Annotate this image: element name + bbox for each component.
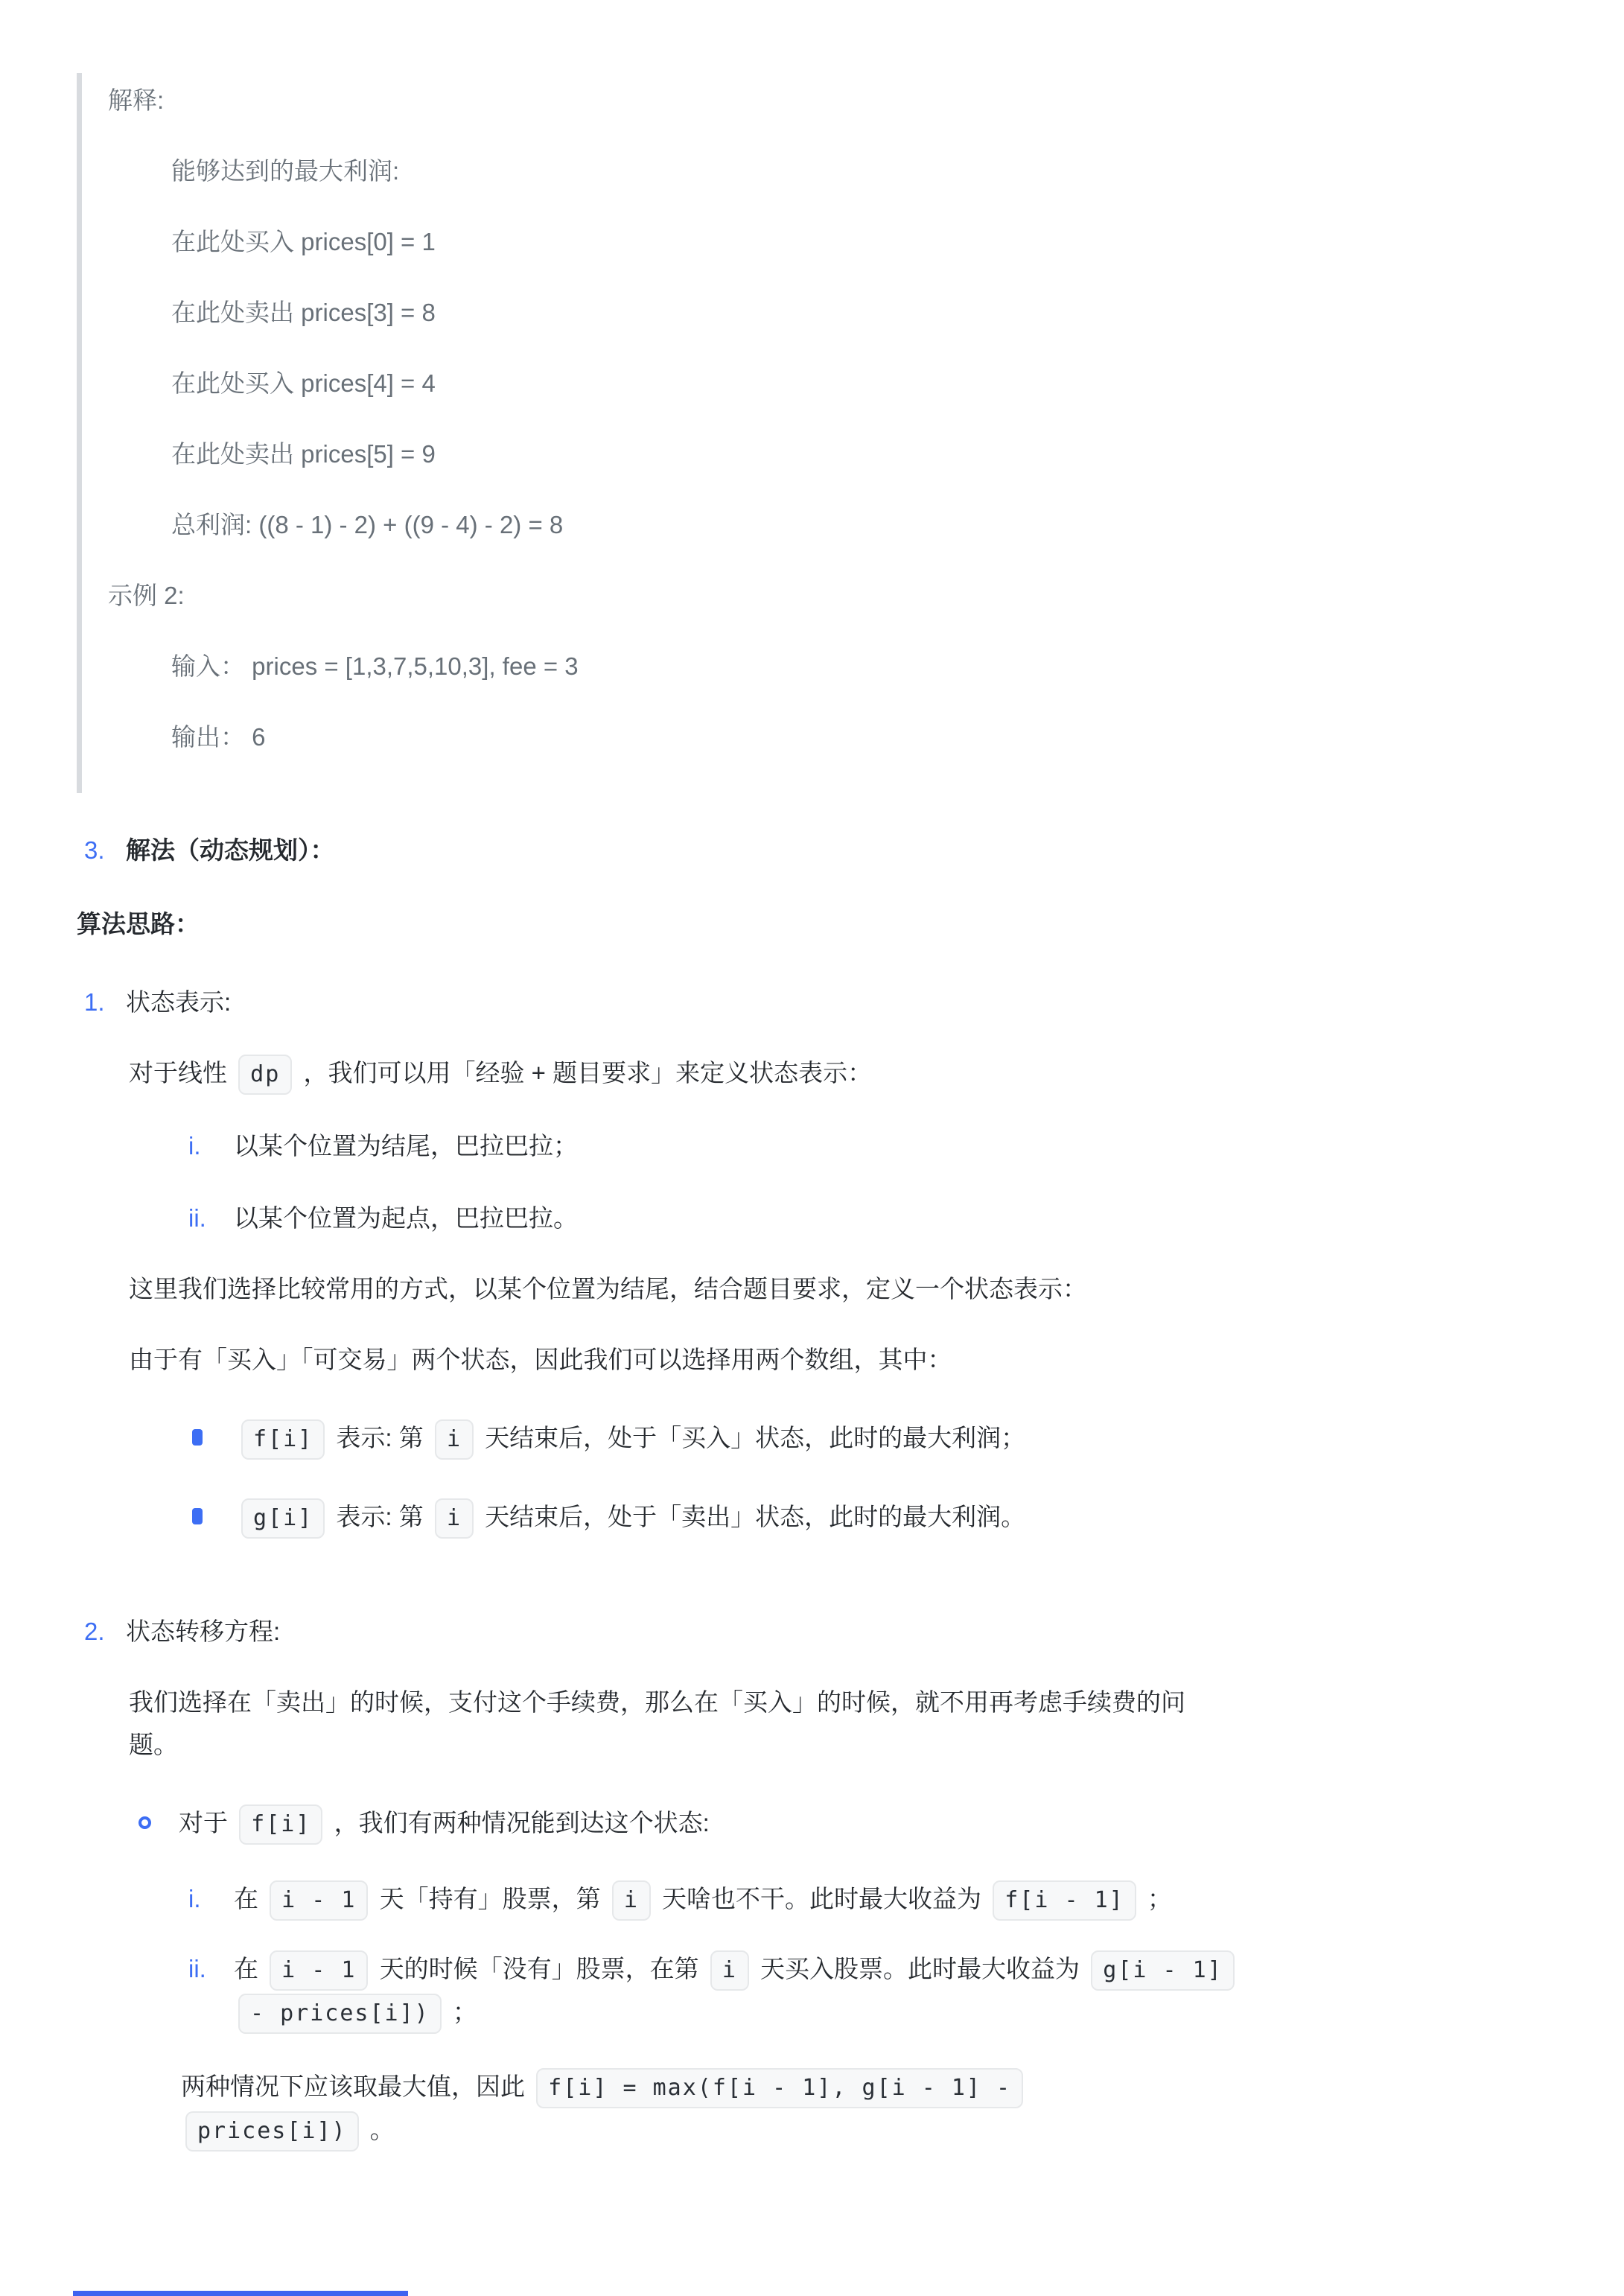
text-run: ，我们可以用「经验 + 题目要求」来定义状态表示：	[296, 1059, 872, 1087]
para-dp-definition: 对于线性 dp ，我们可以用「经验 + 题目要求」来定义状态表示：	[129, 1052, 1553, 1095]
text-run: 两种情况下应该取最大值，因此	[181, 2073, 532, 2100]
list-number: 2.	[84, 1610, 126, 1653]
text-run: 对于线性	[129, 1059, 234, 1087]
list-number: 3.	[84, 829, 126, 871]
inline-code: f[i] = max(f[i - 1], g[i - 1] -	[536, 2068, 1023, 2108]
bullet-text: g[i] 表示: 第 i 天结束后，处于「卖出」状态，此时的最大利润。	[237, 1495, 1553, 1539]
example-blockquote: 解释: 能够达到的最大利润: 在此处买入 prices[0] = 1 在此处卖出…	[77, 73, 1553, 793]
text-run: 天结束后，处于「买入」状态，此时的最大利润；	[478, 1424, 1025, 1451]
square-bullet-icon	[192, 1429, 203, 1446]
blockquote-line: 在此处卖出 prices[5] = 9	[108, 436, 1553, 473]
item1-title: 状态表示:	[126, 981, 231, 1023]
inline-code: dp	[238, 1055, 292, 1095]
inline-code: f[i]	[241, 1419, 325, 1460]
roman-item: ii. 在 i - 1 天的时候「没有」股票，在第 i 天买入股票。此时最大收益…	[77, 1947, 1553, 2034]
text-run: 以某个位置为起点，巴拉巴拉。	[234, 1204, 578, 1232]
text-run: ，我们有两种情况能到达这个状态:	[327, 1809, 709, 1837]
item1-heading: 1. 状态表示:	[77, 981, 1553, 1023]
inline-code: - prices[i])	[238, 1994, 442, 2034]
roman-number: i.	[188, 1125, 234, 1167]
text-run: 天啥也不干。此时最大收益为	[655, 1885, 988, 1912]
roman-text: 以某个位置为起点，巴拉巴拉。	[234, 1197, 1553, 1239]
inline-code: g[i - 1]	[1091, 1950, 1235, 1991]
inline-code: i - 1	[270, 1880, 368, 1921]
blockquote-line: 在此处买入 prices[4] = 4	[108, 365, 1553, 402]
item2-heading: 2. 状态转移方程:	[77, 1610, 1553, 1653]
blockquote-line: 总利润: ((8 - 1) - 2) + ((9 - 4) - 2) = 8	[108, 506, 1553, 544]
blockquote-line: 输入： prices = [1,3,7,5,10,3], fee = 3	[108, 648, 1553, 685]
inline-code: i	[612, 1880, 651, 1921]
section-title: 解法（动态规划）：	[126, 829, 335, 871]
blockquote-line: 示例 2:	[108, 577, 1553, 614]
blockquote-line: 解释:	[108, 82, 1553, 119]
text-run: 在	[234, 1885, 265, 1912]
roman-number: ii.	[188, 1947, 234, 1990]
text-run: ；	[1141, 1885, 1172, 1912]
text-run: 表示: 第	[329, 1503, 430, 1530]
inline-code: i	[435, 1419, 474, 1460]
square-bullet-item: f[i] 表示: 第 i 天结束后，处于「买入」状态，此时的最大利润；	[77, 1416, 1553, 1460]
item2-title: 状态转移方程:	[126, 1610, 280, 1653]
text-run: 天结束后，处于「卖出」状态，此时的最大利润。	[478, 1503, 1025, 1530]
solution-article: 解释: 能够达到的最大利润: 在此处买入 prices[0] = 1 在此处卖出…	[0, 0, 1624, 2152]
inline-code: i - 1	[270, 1950, 368, 1991]
roman-number: ii.	[188, 1197, 234, 1239]
inline-code: f[i - 1]	[993, 1880, 1136, 1921]
circle-bullet-item: 对于 f[i] ，我们有两种情况能到达这个状态:	[77, 1801, 1553, 1845]
roman-text: 以某个位置为结尾，巴拉巴拉；	[234, 1125, 1553, 1167]
blockquote-line: 输出： 6	[108, 719, 1553, 756]
para-fee-choice: 我们选择在「卖出」的时候，支付这个手续费，那么在「买入」的时候，就不用再考虑手续…	[129, 1681, 1553, 1766]
blockquote-line: 在此处卖出 prices[3] = 8	[108, 294, 1553, 331]
para-common-way: 这里我们选择比较常用的方式，以某个位置为结尾，结合题目要求，定义一个状态表示：	[129, 1268, 1553, 1310]
text-run: 天「持有」股票，第	[372, 1885, 607, 1912]
para-take-max: 两种情况下应该取最大值，因此 f[i] = max(f[i - 1], g[i …	[181, 2065, 1553, 2152]
blockquote-line: 在此处买入 prices[0] = 1	[108, 223, 1553, 261]
inline-code: f[i]	[239, 1804, 322, 1845]
partial-next-element-bar	[73, 2291, 408, 2296]
text-run: 对于	[179, 1809, 235, 1837]
roman-text: 在 i - 1 天的时候「没有」股票，在第 i 天买入股票。此时最大收益为 g[…	[234, 1947, 1553, 2034]
text-run: 表示: 第	[329, 1424, 430, 1451]
section-heading: 3. 解法（动态规划）：	[77, 829, 1553, 871]
roman-item: i. 以某个位置为结尾，巴拉巴拉；	[77, 1125, 1553, 1167]
subheading: 算法思路：	[77, 903, 1553, 945]
blockquote-line: 能够达到的最大利润:	[108, 153, 1553, 190]
text-run: 天的时候「没有」股票，在第	[372, 1955, 705, 1982]
list-number: 1.	[84, 981, 126, 1023]
inline-code: i	[435, 1498, 474, 1539]
roman-number: i.	[188, 1877, 234, 1920]
inline-code: i	[710, 1950, 749, 1991]
para-two-states: 由于有「买入」「可交易」两个状态，因此我们可以选择用两个数组，其中：	[129, 1338, 1553, 1381]
text-run: 。	[363, 2116, 395, 2143]
inline-code: prices[i])	[185, 2111, 359, 2152]
square-bullet-icon	[192, 1508, 203, 1524]
roman-item: ii. 以某个位置为起点，巴拉巴拉。	[77, 1197, 1553, 1239]
square-bullet-item: g[i] 表示: 第 i 天结束后，处于「卖出」状态，此时的最大利润。	[77, 1495, 1553, 1539]
roman-item: i. 在 i - 1 天「持有」股票，第 i 天啥也不干。此时最大收益为 f[i…	[77, 1877, 1553, 1921]
text-run: ；	[446, 1998, 477, 2026]
text-run: 以某个位置为结尾，巴拉巴拉；	[234, 1132, 578, 1160]
text-run: 在	[234, 1955, 265, 1982]
inline-code: g[i]	[241, 1498, 325, 1539]
bullet-text: f[i] 表示: 第 i 天结束后，处于「买入」状态，此时的最大利润；	[237, 1416, 1553, 1460]
bullet-text: 对于 f[i] ，我们有两种情况能到达这个状态:	[179, 1801, 1553, 1845]
roman-text: 在 i - 1 天「持有」股票，第 i 天啥也不干。此时最大收益为 f[i - …	[234, 1877, 1553, 1921]
circle-bullet-icon	[138, 1816, 151, 1829]
text-run: 天买入股票。此时最大收益为	[754, 1955, 1086, 1982]
